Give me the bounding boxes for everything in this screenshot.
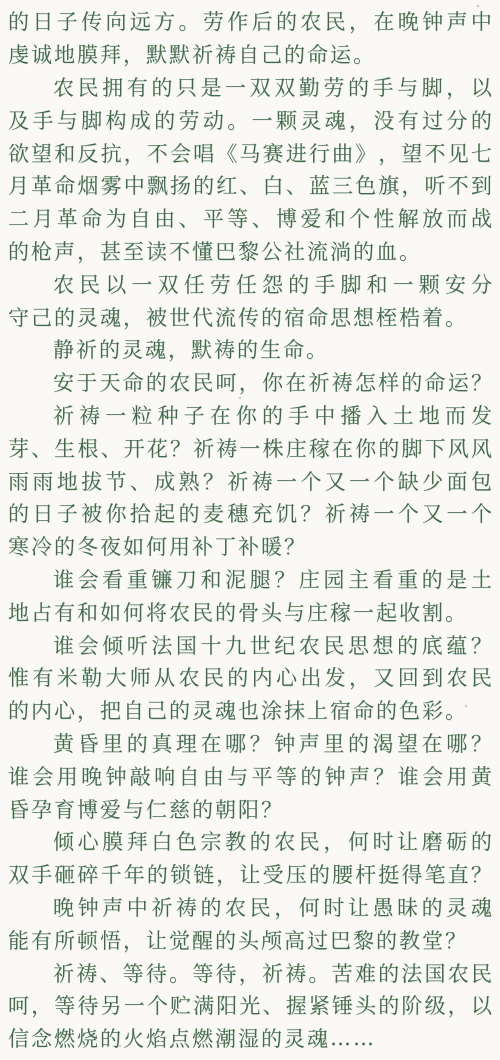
text-line: 谁会用晚钟敲响自由与平等的钟声？谁会用黄: [8, 759, 492, 792]
page-text: 的日子传向远方。劳作后的农民，在晚钟声中虔诚地膜拜，默默祈祷自己的命运。农民拥有…: [8, 5, 492, 1055]
text-line: 的枪声，甚至读不懂巴黎公社流淌的血。: [8, 235, 492, 268]
text-line: 寒冷的冬夜如何用补丁补暖？: [8, 530, 492, 563]
text-line: 的内心，把自己的灵魂也涂抹上宿命的色彩。: [8, 694, 492, 727]
text-line: 安于天命的农民呵，你在祈祷怎样的命运？: [8, 366, 492, 399]
scanned-book-page: 的日子传向远方。劳作后的农民，在晚钟声中虔诚地膜拜，默默祈祷自己的命运。农民拥有…: [0, 0, 500, 1060]
text-line: 的日子被你拾起的麦穗充饥？祈祷一个又一个: [8, 497, 492, 530]
text-line: 呵，等待另一个贮满阳光、握紧锤头的阶级，以: [8, 989, 492, 1022]
text-line: 及手与脚构成的劳动。一颗灵魂，没有过分的: [8, 103, 492, 136]
text-line: 昏孕育博爱与仁慈的朝阳？: [8, 792, 492, 825]
text-line: 雨雨地拔节、成熟？祈祷一个又一个缺少面包: [8, 464, 492, 497]
text-line: 倾心膜拜白色宗教的农民，何时让磨砺的: [8, 825, 492, 858]
text-line: 虔诚地膜拜，默默祈祷自己的命运。: [8, 38, 492, 71]
text-line: 地占有和如何将农民的骨头与庄稼一起收割。: [8, 595, 492, 628]
text-line: 农民拥有的只是一双双勤劳的手与脚，以: [8, 71, 492, 104]
text-line: 欲望和反抗，不会唱《马赛进行曲》，望不见七: [8, 136, 492, 169]
text-line: 晚钟声中祈祷的农民，何时让愚昧的灵魂: [8, 891, 492, 924]
text-line: 双手砸碎千年的锁链，让受压的腰杆挺得笔直？: [8, 858, 492, 891]
text-line: 信念燃烧的火焰点燃潮湿的灵魂……: [8, 1022, 492, 1055]
text-line: 农民以一双任劳任怨的手脚和一颗安分: [8, 267, 492, 300]
text-line: 的日子传向远方。劳作后的农民，在晚钟声中: [8, 5, 492, 38]
text-line: 月革命烟雾中飘扬的红、白、蓝三色旗，听不到: [8, 169, 492, 202]
text-line: 静祈的灵魂，默祷的生命。: [8, 333, 492, 366]
text-line: 惟有米勒大师从农民的内心出发，又回到农民: [8, 661, 492, 694]
text-line: 祈祷一粒种子在你的手中播入土地而发: [8, 399, 492, 432]
text-line: 芽、生根、开花？祈祷一株庄稼在你的脚下风风: [8, 431, 492, 464]
text-line: 守己的灵魂，被世代流传的宿命思想桎梏着。: [8, 300, 492, 333]
text-line: 黄昏里的真理在哪？钟声里的渴望在哪？: [8, 727, 492, 760]
text-line: 谁会看重镰刀和泥腿？庄园主看重的是土: [8, 563, 492, 596]
text-line: 二月革命为自由、平等、博爱和个性解放而战: [8, 202, 492, 235]
text-line: 祈祷、等待。等待，祈祷。苦难的法国农民: [8, 956, 492, 989]
text-line: 能有所顿悟，让觉醒的头颅高过巴黎的教堂？: [8, 923, 492, 956]
text-line: 谁会倾听法国十九世纪农民思想的底蕴？: [8, 628, 492, 661]
